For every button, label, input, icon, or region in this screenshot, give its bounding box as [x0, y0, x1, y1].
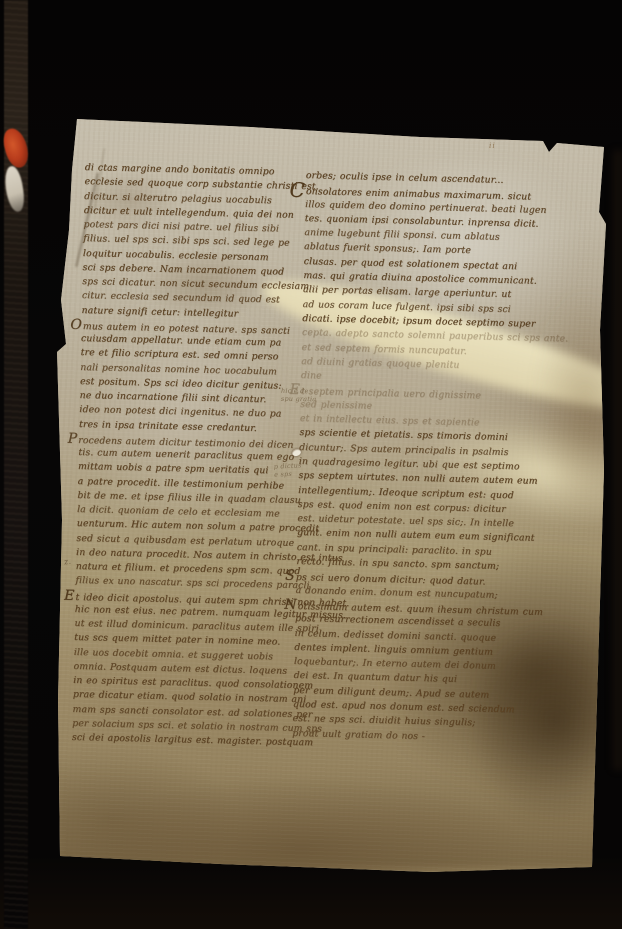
line-text: tis. cum autem uenerit paraclitus quem e… [78, 447, 294, 463]
line-text: ideo non potest dici ingenitus. ne duo p… [79, 404, 281, 420]
line-text: cant. in spu principali: paraclito. in s… [297, 542, 492, 558]
margin-gloss-upper: hic e de spu gratia [281, 388, 317, 404]
initial-capital: P [68, 430, 78, 446]
line-text: prout uult gratiam do nos - [292, 727, 425, 741]
line-text: nature signifi cetur: intellegitur [81, 304, 238, 319]
line-text: dei est. In quantum datur his qui [293, 670, 457, 685]
manuscript-photograph: di ctas margine ando bonitatis omnipoecc… [0, 0, 622, 929]
line-text: omnia. Postquam autem est dictus. loquen… [73, 661, 287, 677]
right-text-column: orbes; oculis ipse in celum ascendatur..… [292, 169, 554, 747]
line-text: nali personalitas nomine hoc uocabulum [80, 361, 277, 376]
initial-capital: O [70, 316, 82, 332]
left-margin-mark: z. [63, 557, 71, 566]
line-text: et in intellectu eius. sps et sapientie [300, 413, 480, 428]
line-text: citur. ecclesia sed secundum id quod est [82, 290, 280, 305]
initial-capital: N [284, 597, 297, 613]
line-text: filius. uel sps sci. sibi sps sci. sed l… [83, 233, 290, 249]
initial-capital: C [289, 178, 305, 202]
folio-number: ii [489, 141, 496, 150]
line-text: ut est illud dominicum. paraclitus autem… [74, 618, 319, 635]
margin-gloss-lower: p dictus e sps [274, 462, 303, 478]
right-edge-glow [610, 150, 622, 770]
line-text: sed sicut a quibusdam est perlatum utroq… [76, 532, 294, 548]
stain [58, 768, 598, 868]
line-text: ad diuini gratias quoque plenitu [301, 356, 459, 371]
left-text-column: di ctas margine ando bonitatis omnipoecc… [71, 161, 287, 764]
initial-capital: E [64, 587, 75, 603]
line-text: ablatus fuerit sponsus;. Iam porte [304, 241, 471, 256]
line-text: a donando enim. donum est nuncupatum; [296, 584, 498, 600]
line-text: et sed septem formis nuncupatur. [302, 342, 468, 357]
line-text: la dicit. quoniam de celo et ecclesiam m… [77, 504, 280, 520]
initial-capital: S [285, 568, 295, 584]
line-text: dicitur. si alterutro pelagius uocabulis [84, 190, 272, 205]
parchment-page: di ctas margine ando bonitatis omnipoecc… [0, 0, 622, 929]
line-text: dine [301, 370, 322, 382]
line-text: in celum. dedisset domini sancti. quoque [295, 627, 497, 643]
line-text: ad uos coram luce fulgent. ipsi sibi sps… [303, 299, 511, 315]
